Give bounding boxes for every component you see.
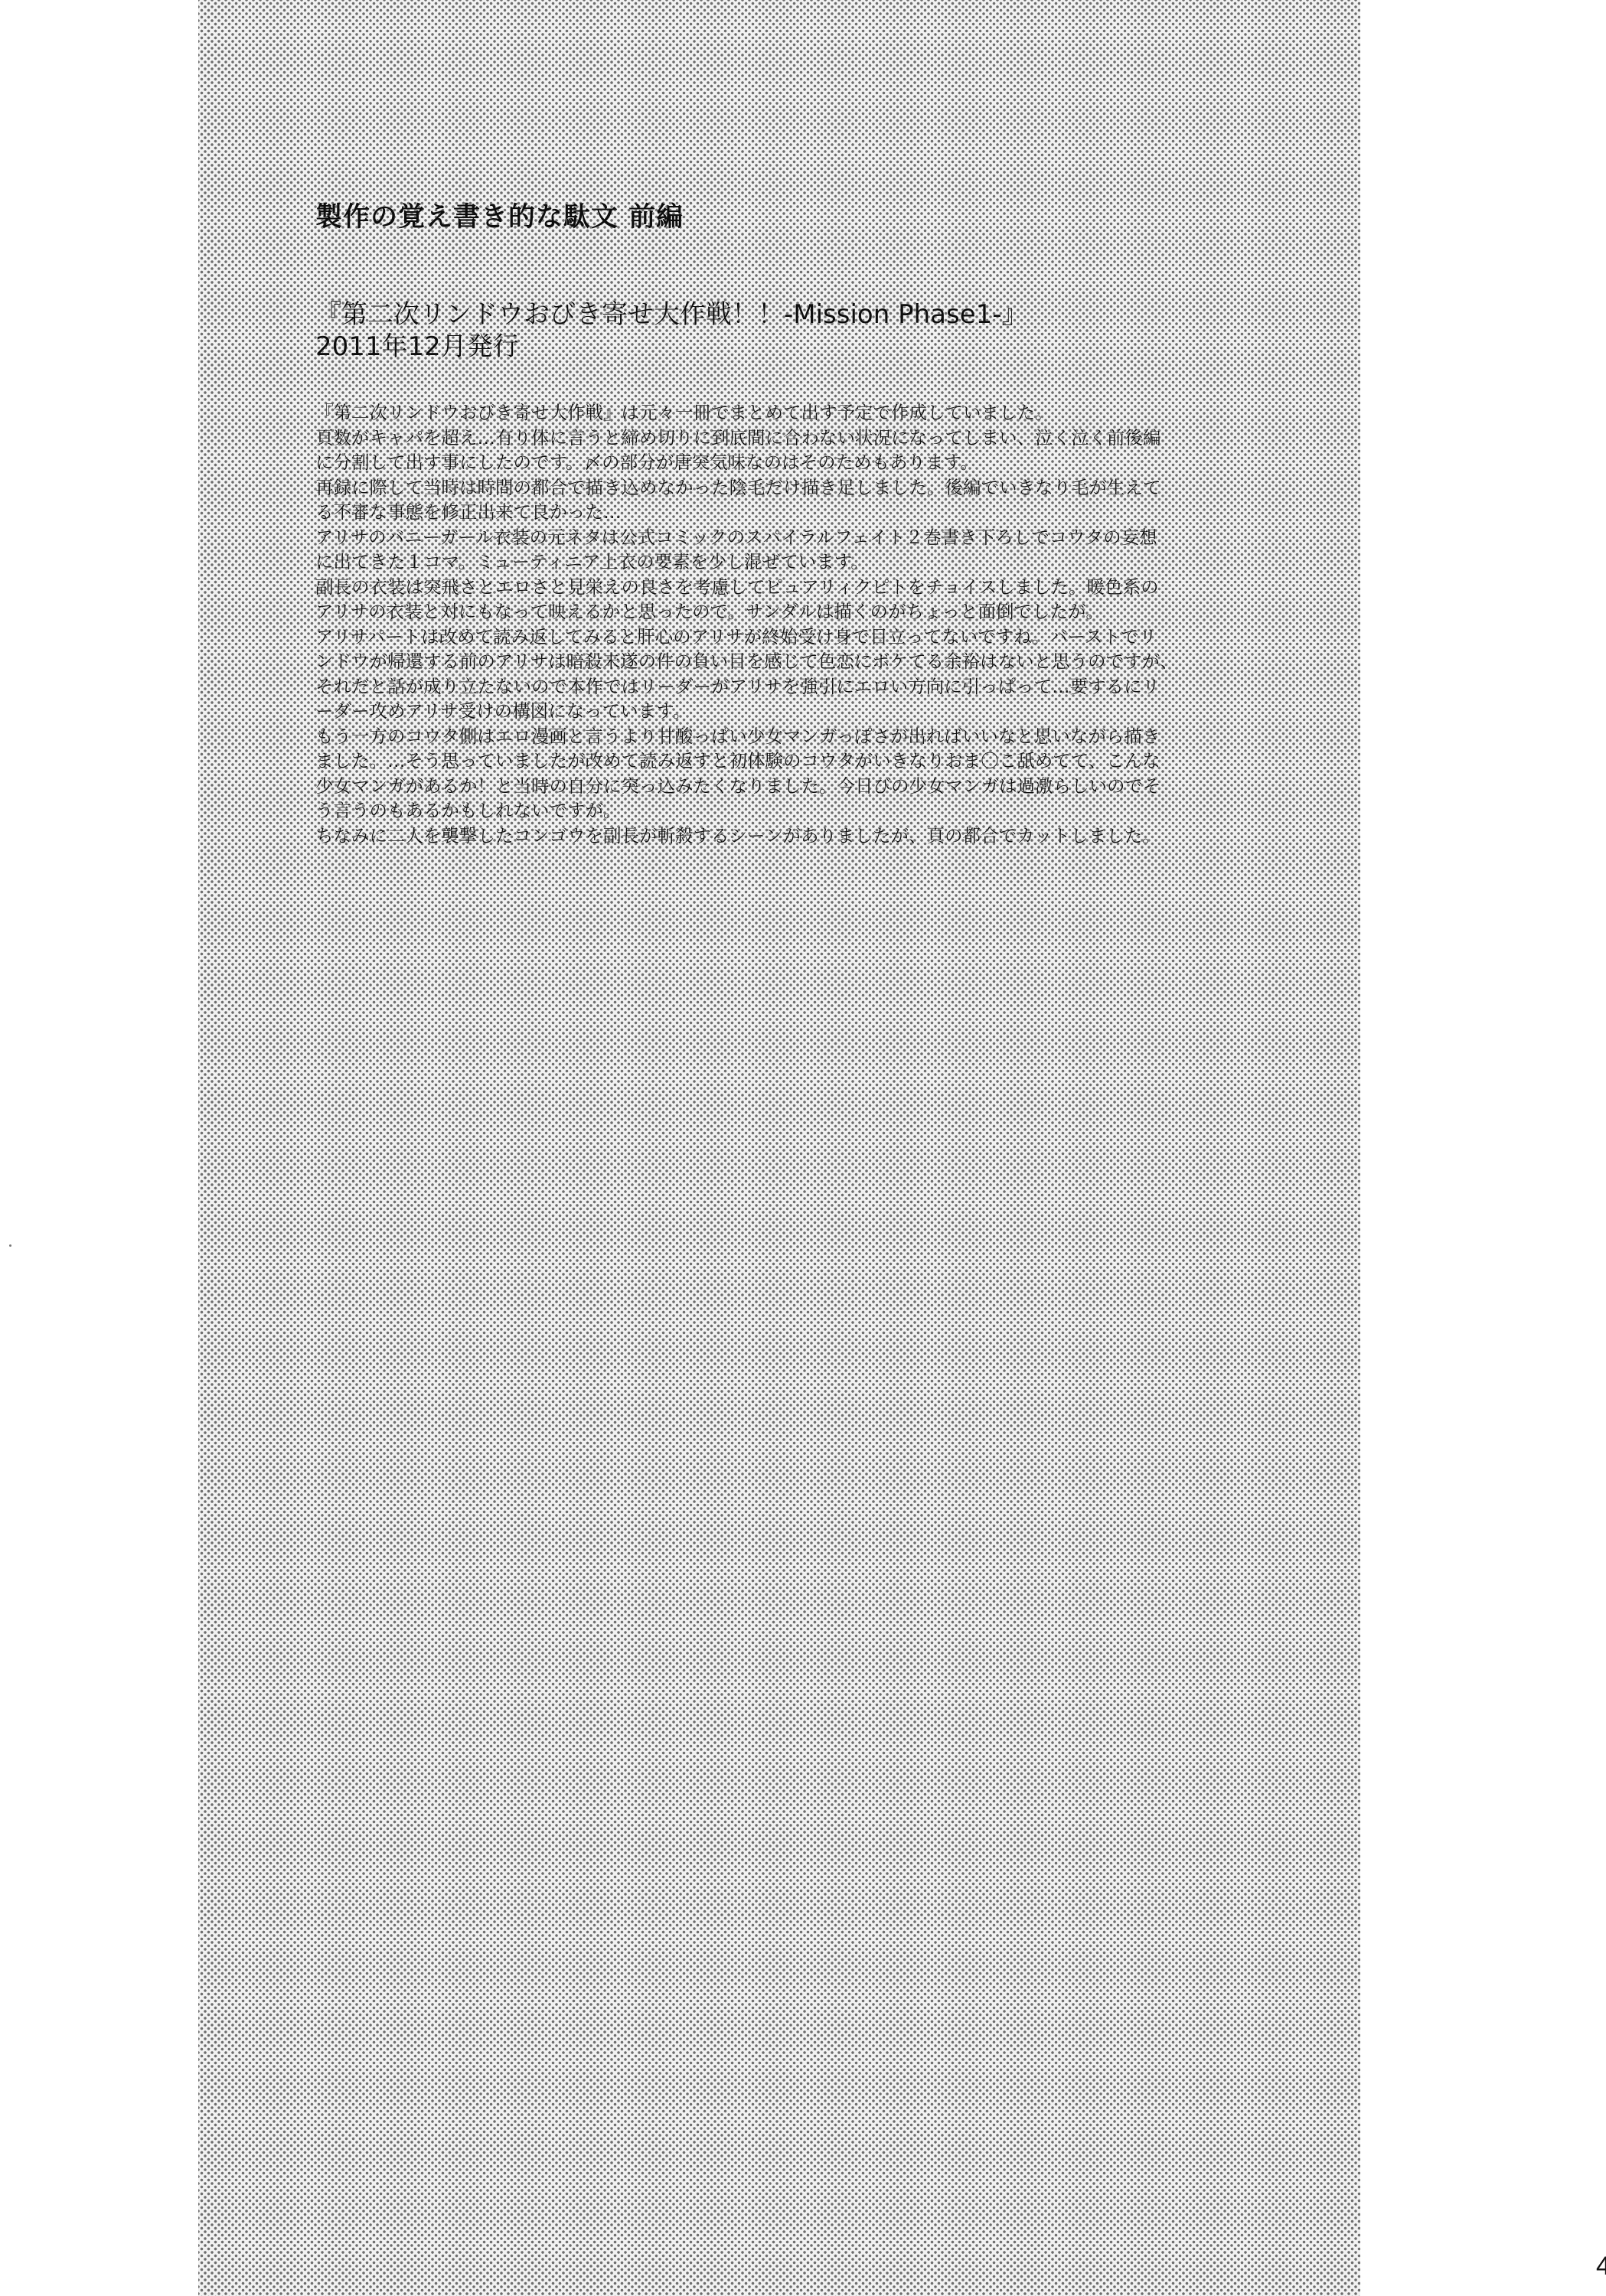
publish-date: 2011年12月発行 — [315, 331, 1028, 363]
body-line: う言うのもあるかもしれないですが。 — [315, 798, 1303, 823]
body-line: 再録に際して当時は時間の都合で描き込めなかった陰毛だけ描き足しました。後編でいき… — [315, 475, 1303, 501]
body-line: ちなみに二人を襲撃したコンゴウを副長が斬殺するシーンがありましたが、頁の都合でカ… — [315, 823, 1303, 849]
book-title-block: 『第二次リンドウおびき寄せ大作戦！！-Mission Phase1-』 2011… — [315, 298, 1028, 363]
scan-speck — [9, 1244, 11, 1247]
page-heading: 製作の覚え書き的な駄文 前編 — [315, 196, 684, 234]
body-line: に出てきた１コマ。ミューティニア上衣の要素を少し混ぜています。 — [315, 550, 1303, 575]
body-line: 副長の衣装は突飛さとエロさと見栄えの良さを考慮してピュアリィクピトをチョイスしま… — [315, 575, 1303, 600]
body-line: ました。…そう思っていましたが改めて読み返すと初体験のコウタがいきなりおま〇こ舐… — [315, 748, 1303, 774]
body-line: 『第二次リンドウおびき寄せ大作戦』は元々一冊でまとめて出す予定で作成していました… — [315, 400, 1303, 426]
body-line: アリサのバニーガール衣装の元ネタは公式コミックのスパイラルフェイト２巻書き下ろし… — [315, 525, 1303, 550]
page-number: 4 — [1596, 2252, 1606, 2281]
body-line: ーダー攻めアリサ受けの構図になっています。 — [315, 699, 1303, 724]
body-text: 『第二次リンドウおびき寄せ大作戦』は元々一冊でまとめて出す予定で作成していました… — [315, 400, 1303, 848]
body-line: それだと話が成り立たないので本作ではリーダーがアリサを強引にエロい方向に引っぱっ… — [315, 674, 1303, 700]
body-line: ンドウが帰還する前のアリサは暗殺未遂の件の負い目を感じて色恋にボケてる余裕はない… — [315, 649, 1303, 674]
book-title: 『第二次リンドウおびき寄せ大作戦！！-Mission Phase1-』 — [315, 298, 1028, 331]
body-line: 少女マンガがあるか！と当時の自分に突っ込みたくなりました。今日びの少女マンガは過… — [315, 774, 1303, 799]
body-line: アリサパートは改めて読み返してみると肝心のアリサが終始受け身で目立ってないですね… — [315, 625, 1303, 650]
body-line: もう一方のコウタ側はエロ漫画と言うより甘酸っぱい少女マンガっぽさが出ればいいなと… — [315, 724, 1303, 749]
body-line: アリサの衣装と対にもなって映えるかと思ったので。サンダルは描くのがちょっと面倒で… — [315, 599, 1303, 625]
body-line: 頁数がキャパを超え…有り体に言うと締め切りに到底間に合わない状況になってしまい、… — [315, 426, 1303, 451]
body-line: る不審な事態を修正出来て良かった… — [315, 500, 1303, 525]
body-line: に分割して出す事にしたのです。〆の部分が唐突気味なのはそのためもあります。 — [315, 450, 1303, 475]
